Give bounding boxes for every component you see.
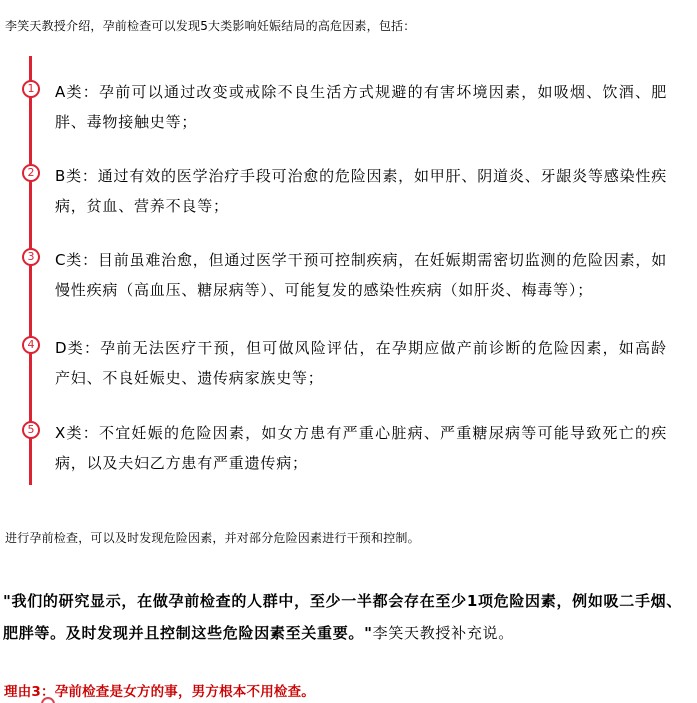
reason-3-heading: 理由3：孕前检查是女方的事，男方根本不用检查。 — [4, 683, 694, 702]
followup-paragraph: 进行孕前检查，可以及时发现危险因素，并对部分危险因素进行干预和控制。 — [5, 528, 693, 548]
quote-bold-text: "我们的研究显示，在做孕前检查的人群中，至少一半都会存在至少1项危险因素，例如吸… — [3, 592, 682, 642]
quote-paragraph: "我们的研究显示，在做孕前检查的人群中，至少一半都会存在至少1项危险因素，例如吸… — [3, 585, 696, 649]
risk-item-5-number-badge: 5 — [22, 421, 40, 439]
risk-item-3-text: C类：目前虽难治愈，但通过医学干预可控制疾病，在妊娠期需密切监测的危险因素，如慢… — [55, 245, 667, 305]
article-page: { "content": { "intro": "李笑天教授介绍，孕前检查可以发… — [0, 0, 697, 703]
risk-item-4-text: D类：孕前无法医疗干预，但可做风险评估，在孕期应做产前诊断的危险因素，如高龄产妇… — [55, 333, 667, 393]
risk-item-2-number-badge: 2 — [22, 164, 40, 182]
risk-item-5-text: X类：不宜妊娠的危险因素，如女方患有严重心脏病、严重糖尿病等可能导致死亡的疾病，… — [55, 418, 667, 478]
risk-item-2-text: B类：通过有效的医学治疗手段可治愈的危险因素，如甲肝、阴道炎、牙龈炎等感染性疾病… — [55, 161, 667, 221]
risk-item-1-text: A类：孕前可以通过改变或戒除不良生活方式规避的有害坏境因素，如吸烟、饮酒、肥胖、… — [55, 77, 667, 137]
risk-item-5-number: 5 — [28, 423, 35, 436]
quote-attribution: 李笑天教授补充说。 — [373, 624, 514, 642]
risk-item-1-number: 1 — [28, 82, 35, 95]
risk-item-3-number-badge: 3 — [22, 248, 40, 266]
risk-item-2-number: 2 — [28, 166, 35, 179]
intro-paragraph: 李笑天教授介绍，孕前检查可以发现5大类影响妊娠结局的高危因素，包括： — [5, 16, 693, 36]
risk-item-4-number-badge: 4 — [22, 336, 40, 354]
risk-item-4-number: 4 — [28, 338, 35, 351]
risk-item-3-number: 3 — [28, 250, 35, 263]
risk-item-1-number-badge: 1 — [22, 80, 40, 98]
